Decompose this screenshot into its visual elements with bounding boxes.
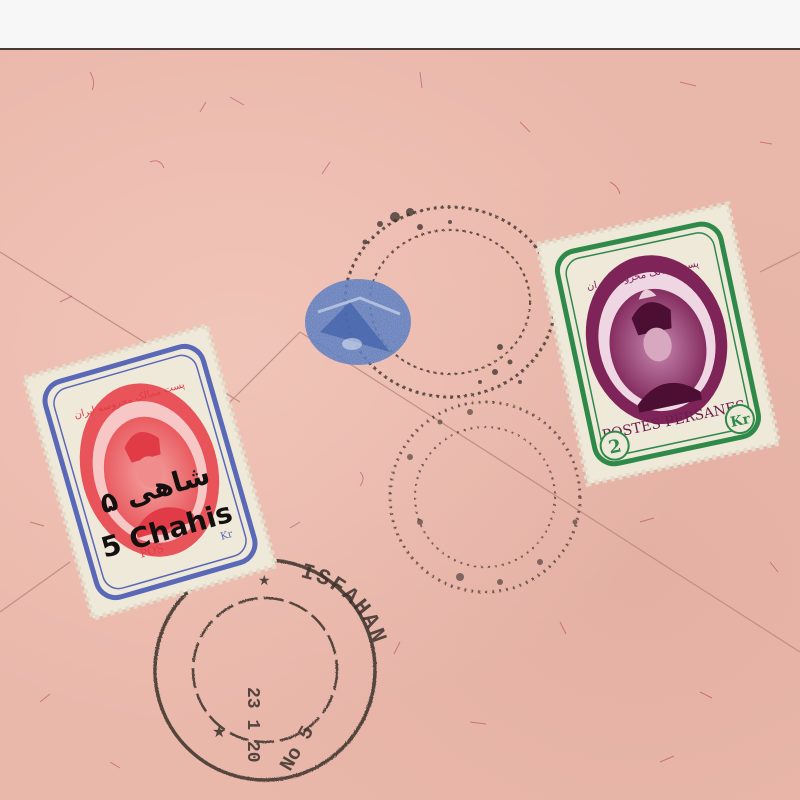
postmark-isfahan-text: ISFAHAN No 5 23 1 20 ★ ★ (212, 559, 391, 775)
postmark-middle-ink (407, 409, 578, 585)
scanner-background (0, 0, 800, 50)
svg-text:★: ★ (212, 722, 226, 741)
blue-seal (305, 279, 411, 365)
postmark-middle (390, 402, 580, 592)
envelope: ISFAHAN No 5 23 1 20 ★ ★ (0, 48, 800, 800)
stamp-left: پست ممالک محروسه ایران POS Kr ۵ شاهی 5 C… (24, 326, 276, 619)
envelope-artwork: ISFAHAN No 5 23 1 20 ★ ★ (0, 50, 800, 800)
svg-text:ISFAHAN: ISFAHAN (298, 559, 391, 647)
stamp-right: پست ممالک محروسه ایران POSTES PERSANES 2… (537, 204, 779, 484)
svg-text:★: ★ (258, 573, 271, 589)
svg-text:23 1 20: 23 1 20 (242, 687, 262, 763)
